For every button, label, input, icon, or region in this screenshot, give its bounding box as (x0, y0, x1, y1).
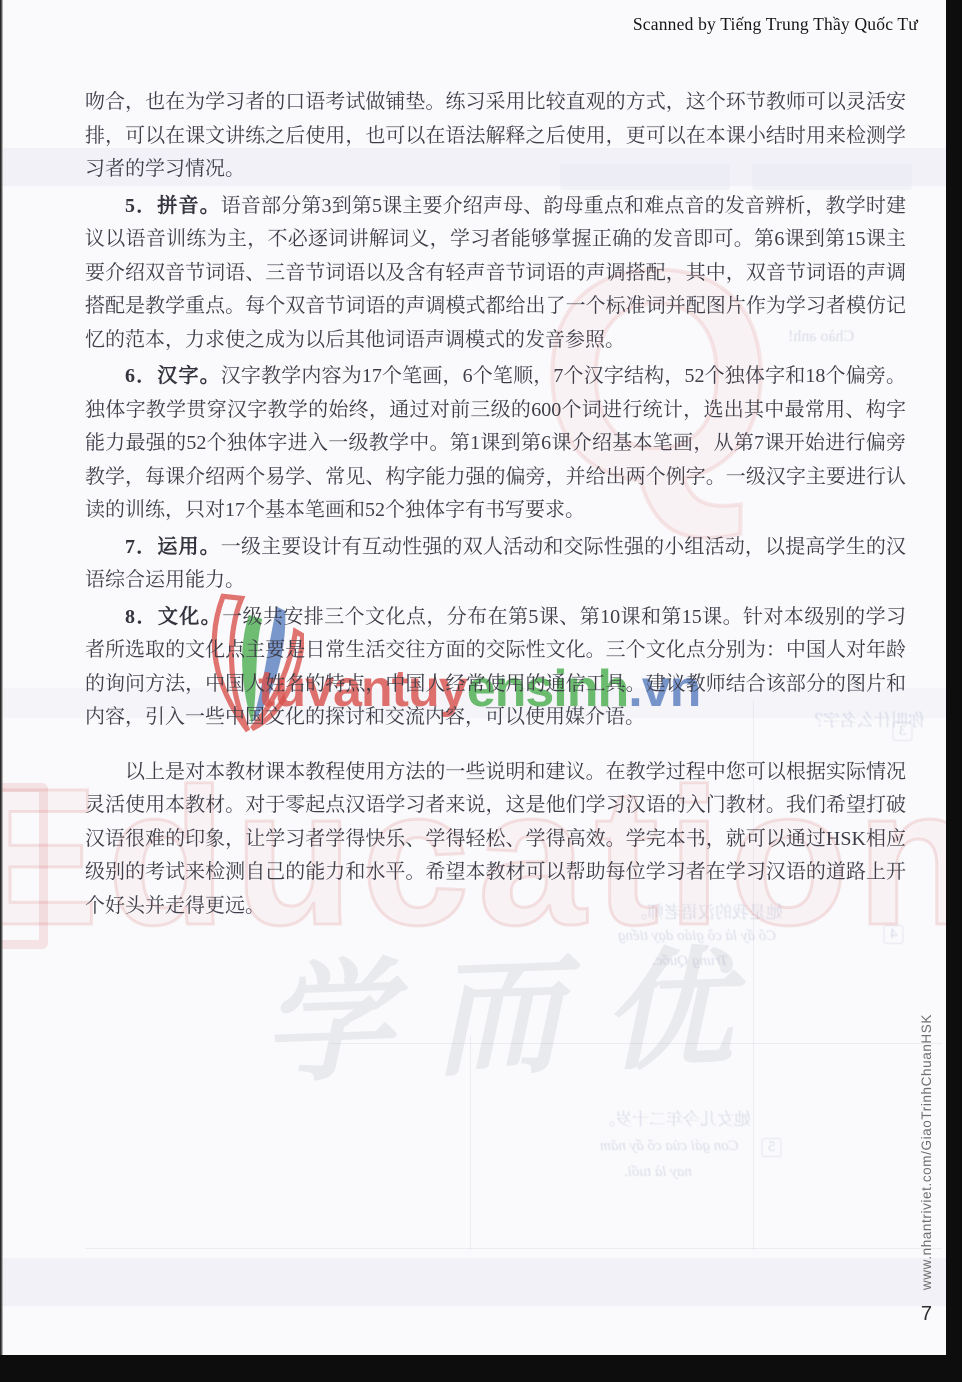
paragraph: 吻合，也在为学习者的口语考试做铺垫。练习采用比较直观的方式，这个环节教师可以灵活… (85, 86, 906, 187)
paragraph: 以上是对本教材课本教程使用方法的一些说明和建议。在教学过程中您可以根据实际情况灵… (85, 756, 906, 924)
bleed-grid-line (85, 1248, 942, 1249)
paragraph-text: 汉字教学内容为17个笔画，6个笔顺，7个汉字结构，52个独体字和18个偏旁。独体… (85, 365, 906, 521)
scan-band (3, 1258, 946, 1306)
paragraph: 6．汉字。汉字教学内容为17个笔画，6个笔顺，7个汉字结构，52个独体字和18个… (85, 360, 906, 528)
publisher-url: www.nhantriviet.com/GiaoTrinhChuanHSK (919, 1014, 934, 1290)
paragraph-heading: 8．文化。 (125, 606, 222, 628)
scanned-page: Q QT Education 学而优 Chào anh! 你叫什么名字？ 3 她… (0, 0, 962, 1382)
scan-credit: Scanned by Tiếng Trung Thầy Quốc Tư (633, 14, 918, 35)
paragraph-text: 吻合，也在为学习者的口语考试做铺垫。练习采用比较直观的方式，这个环节教师可以灵活… (85, 91, 906, 180)
paragraph-text: 以上是对本教材课本教程使用方法的一些说明和建议。在教学过程中您可以根据实际情况灵… (85, 761, 906, 917)
bleed-text: Trung Quốc. (652, 953, 728, 970)
paragraph: 8．文化。一级共安排三个文化点，分布在第5课、第10课和第15课。针对本级别的学… (85, 601, 906, 735)
document-body: 吻合，也在为学习者的口语考试做铺垫。练习采用比较直观的方式，这个环节教师可以灵活… (85, 86, 906, 926)
page-number: 7 (921, 1303, 932, 1326)
paragraph-heading: 7．运用。 (125, 536, 221, 558)
brand-watermark-fragment (0, 783, 48, 949)
bleed-text: Cô ấy là cô giáo dạy tiếng (618, 928, 776, 945)
bleed-text: 她女儿今年二十岁。 (598, 1105, 751, 1130)
paragraph: 7．运用。一级主要设计有互动性强的双人活动和交际性强的小组活动，以提高学生的汉语… (85, 531, 906, 598)
paragraph: 5．拼音。语音部分第3到第5课主要介绍声母、韵母重点和难点音的发音辨析，教学时建… (85, 190, 906, 358)
bleed-text: nay là tuổi. (624, 1164, 692, 1181)
bleed-text: Con gái của cô ấy năm (600, 1138, 739, 1155)
bleed-number: 5 (762, 1138, 782, 1157)
scan-edge (0, 1355, 962, 1382)
paragraph-heading: 6．汉字。 (125, 365, 221, 387)
bleed-number: 4 (884, 925, 904, 944)
paragraph-text: 语音部分第3到第5课主要介绍声母、韵母重点和难点音的发音辨析，教学时建议以语音训… (85, 195, 906, 351)
scan-edge (0, 0, 3, 1382)
paragraph-heading: 5．拼音。 (125, 195, 221, 217)
scan-edge (946, 0, 962, 1382)
